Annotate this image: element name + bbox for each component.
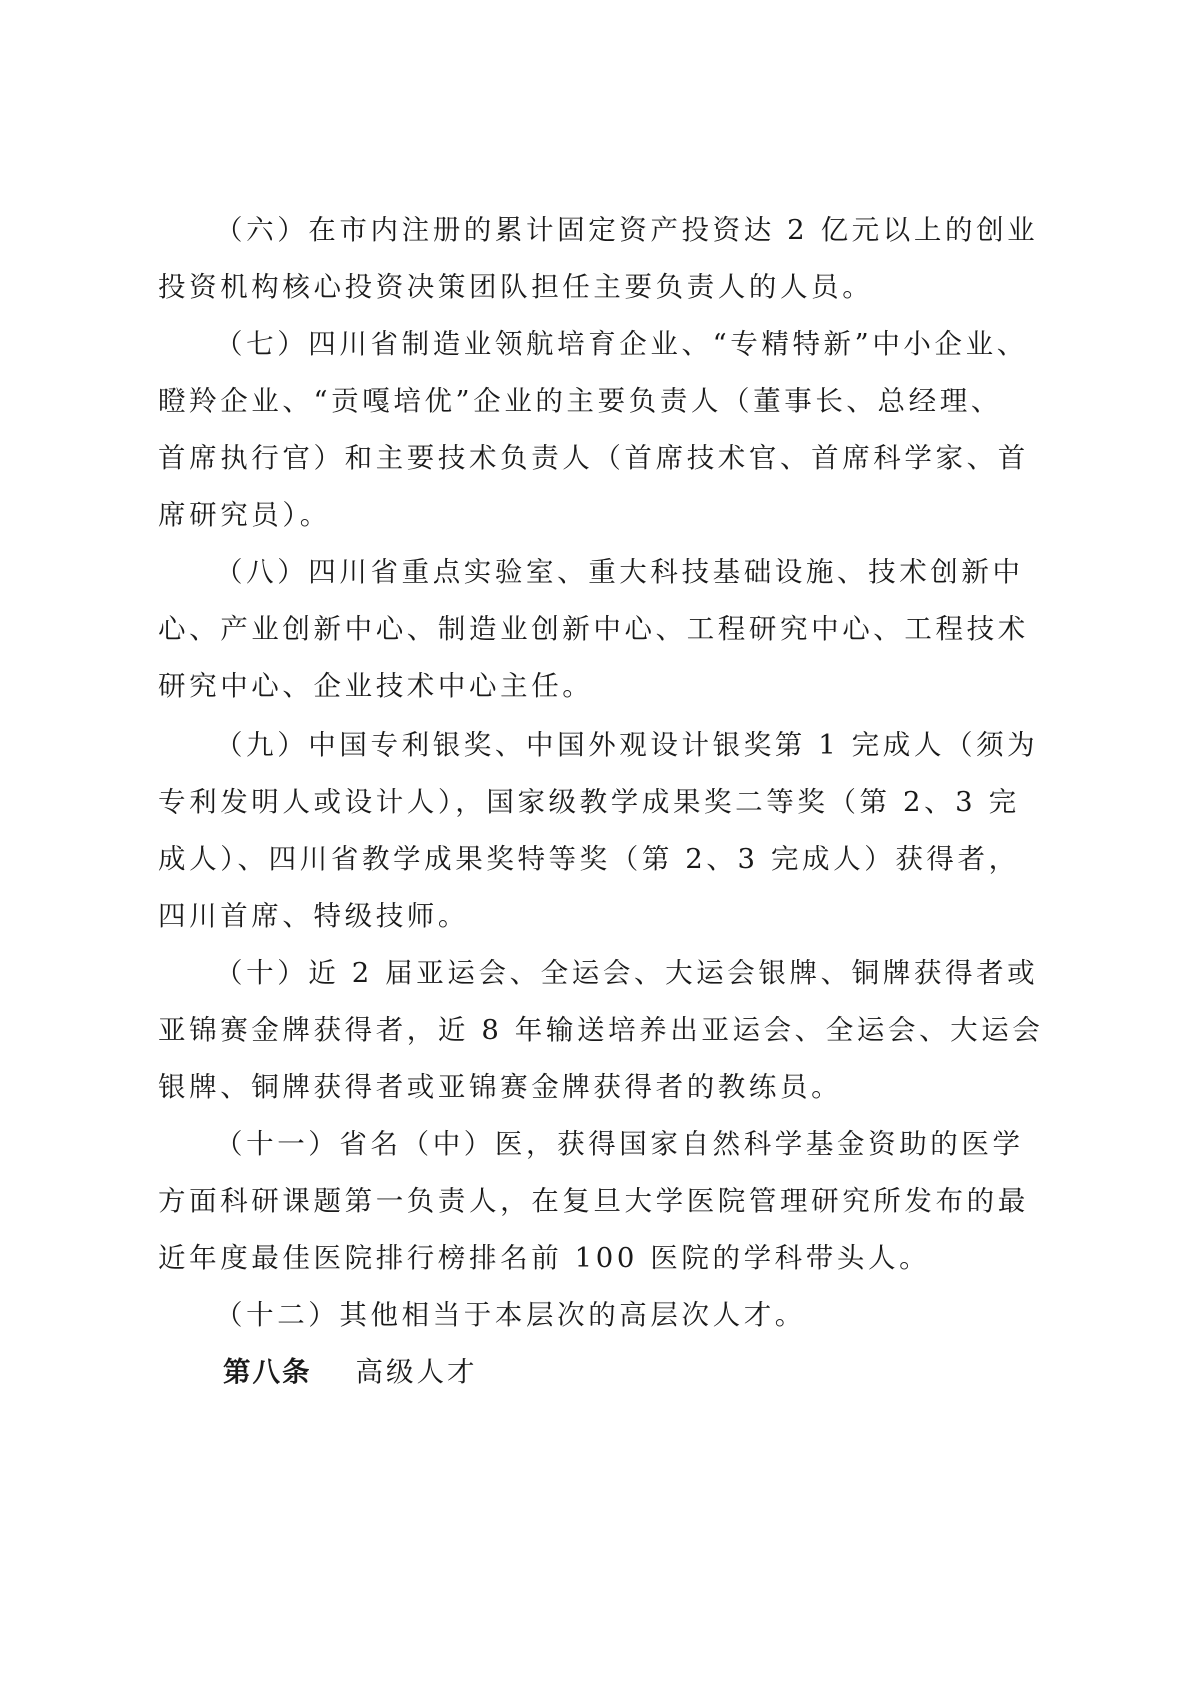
item-6-line-2: 投资机构核心投资决策团队担任主要负责人的人员。 <box>158 269 873 305</box>
item-9-line-1: （九）中国专利银奖、中国外观设计银奖第 1 完成人（须为 <box>215 727 1038 763</box>
item-8-line-3: 研究中心、企业技术中心主任。 <box>158 668 593 704</box>
item-11-line-1: （十一）省名（中）医，获得国家自然科学基金资助的医学 <box>215 1126 1024 1162</box>
item-11-line-2: 方面科研课题第一负责人，在复旦大学医院管理研究所发布的最 <box>158 1183 1029 1219</box>
document-page: （六）在市内注册的累计固定资产投资达 2 亿元以上的创业 投资机构核心投资决策团… <box>0 0 1191 1684</box>
item-10-line-2: 亚锦赛金牌获得者，近 8 年输送培养出亚运会、全运会、大运会 <box>158 1012 1043 1048</box>
item-9-line-4: 四川首席、特级技师。 <box>158 898 469 934</box>
item-6-line-1: （六）在市内注册的累计固定资产投资达 2 亿元以上的创业 <box>215 212 1038 248</box>
article-number: 第八条 <box>223 1356 312 1388</box>
item-7-line-3: 首席执行官）和主要技术负责人（首席技术官、首席科学家、首 <box>158 440 1029 476</box>
item-9-line-2: 专利发明人或设计人），国家级教学成果奖二等奖（第 2、3 完 <box>158 784 1020 820</box>
item-8-line-1: （八）四川省重点实验室、重大科技基础设施、技术创新中 <box>215 554 1024 590</box>
article-title: 高级人才 <box>356 1356 478 1388</box>
item-8-line-2: 心、产业创新中心、制造业创新中心、工程研究中心、工程技术 <box>158 611 1029 647</box>
item-7-line-1: （七）四川省制造业领航培育企业、“专精特新”中小企业、 <box>215 326 1028 362</box>
item-10-line-3: 银牌、铜牌获得者或亚锦赛金牌获得者的教练员。 <box>158 1069 842 1105</box>
item-11-line-3: 近年度最佳医院排行榜排名前 100 医院的学科带头人。 <box>158 1240 930 1276</box>
item-9-line-3: 成人）、四川省教学成果奖特等奖（第 2、3 完成人）获得者， <box>158 841 1020 877</box>
item-7-line-2: 瞪羚企业、“贡嘎培优”企业的主要负责人（董事长、总经理、 <box>158 383 1002 419</box>
item-7-line-4: 席研究员）。 <box>158 497 331 533</box>
item-10-line-1: （十）近 2 届亚运会、全运会、大运会银牌、铜牌获得者或 <box>215 955 1038 991</box>
article-heading: 第八条高级人才 <box>223 1354 478 1390</box>
item-12-line-1: （十二）其他相当于本层次的高层次人才。 <box>215 1297 806 1333</box>
